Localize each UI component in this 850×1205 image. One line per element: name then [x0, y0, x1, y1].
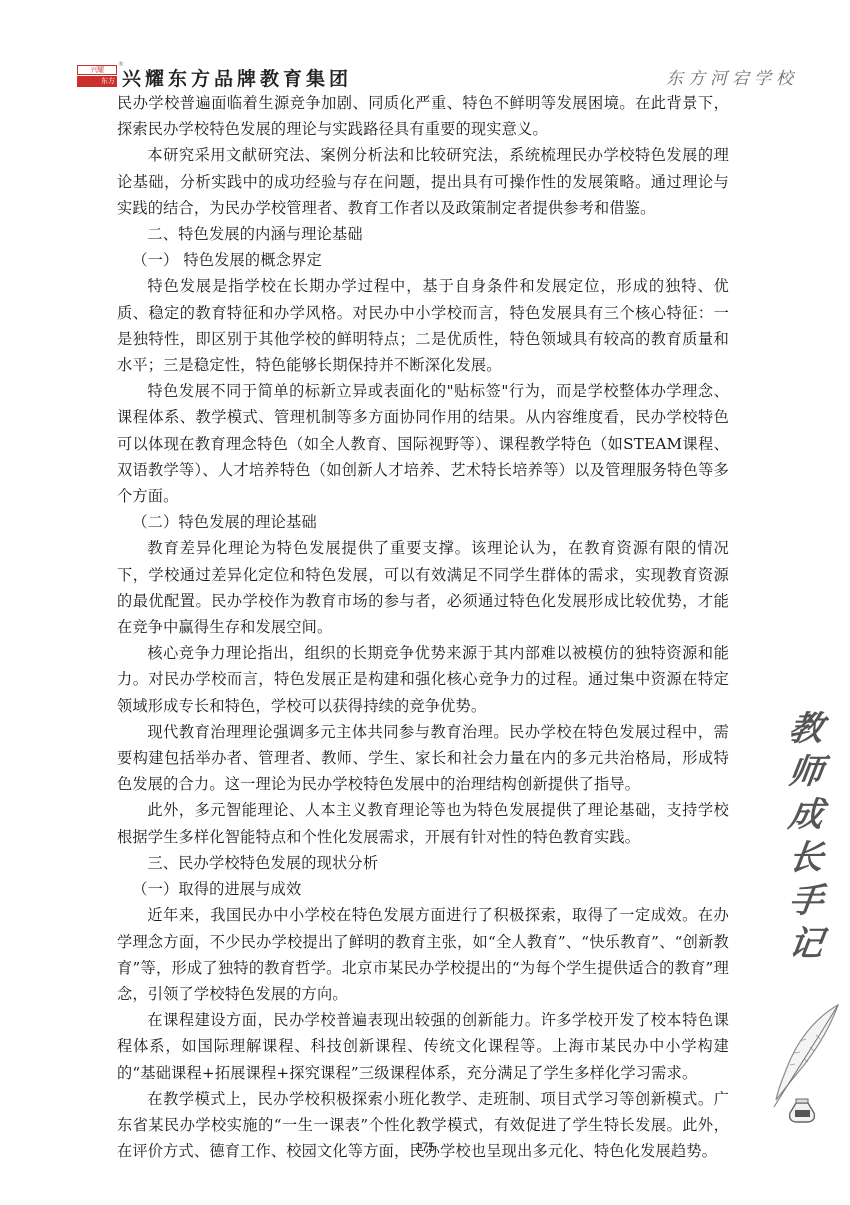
section-heading: 二、特色发展的内涵与理论基础: [117, 221, 729, 247]
logo-top-text: 兴耀: [77, 65, 117, 75]
brand-name: 兴耀东方品牌教育集团: [122, 64, 352, 91]
quill-and-inkwell-icon: [760, 995, 850, 1135]
subsection-heading: （二）特色发展的理论基础: [117, 509, 729, 535]
paragraph: 现代教育治理理论强调多元主体共同参与教育治理。民办学校在特色发展过程中，需要构建…: [117, 719, 729, 798]
calligraphy-char: 教: [786, 708, 826, 751]
page-number: 175: [0, 1140, 850, 1154]
calligraphy-char: 手: [786, 880, 826, 923]
brand-logo: 兴耀 东方 ®: [77, 65, 117, 87]
paragraph-continuation: 民办学校普遍面临着生源竞争加剧、同质化严重、特色不鲜明等发展困境。在此背景下，探…: [117, 90, 729, 142]
document-body: 民办学校普遍面临着生源竞争加剧、同质化严重、特色不鲜明等发展困境。在此背景下，探…: [117, 90, 729, 1164]
calligraphy-char: 成: [786, 794, 826, 837]
subsection-heading: （一）取得的进展与成效: [117, 876, 729, 902]
paragraph: 在课程建设方面，民办学校普遍表现出较强的创新能力。许多学校开发了校本特色课程体系…: [117, 1007, 729, 1086]
paragraph: 特色发展不同于简单的标新立异或表面化的"贴标签"行为，而是学校整体办学理念、课程…: [117, 378, 729, 509]
subsection-heading: （一） 特色发展的概念界定: [117, 247, 729, 273]
paragraph: 近年来，我国民办中小学校在特色发展方面进行了积极探索，取得了一定成效。在办学理念…: [117, 902, 729, 1007]
calligraphy-char: 师: [786, 751, 826, 794]
paragraph: 特色发展是指学校在长期办学过程中，基于自身条件和发展定位，形成的独特、优质、稳定…: [117, 273, 729, 378]
calligraphy-char: 记: [786, 923, 826, 966]
section-heading: 三、民办学校特色发展的现状分析: [117, 850, 729, 876]
paragraph: 核心竞争力理论指出，组织的长期竞争优势来源于其内部难以被模仿的独特资源和能力。对…: [117, 640, 729, 719]
paragraph: 本研究采用文献研究法、案例分析法和比较研究法，系统梳理民办学校特色发展的理论基础…: [117, 142, 729, 221]
calligraphy-char: 长: [786, 837, 826, 880]
school-name: 东方河宕学校: [666, 64, 798, 89]
paragraph: 教育差异化理论为特色发展提供了重要支撑。该理论认为，在教育资源有限的情况下，学校…: [117, 535, 729, 640]
paragraph: 此外，多元智能理论、人本主义教育理论等也为特色发展提供了理论基础，支持学校根据学…: [117, 797, 729, 849]
page-header: 兴耀 东方 ® 兴耀东方品牌教育集团 东方河宕学校: [0, 60, 850, 90]
calligraphy-title: 教 师 成 长 手 记: [786, 708, 826, 966]
logo-bottom-text: 东方: [77, 76, 117, 87]
